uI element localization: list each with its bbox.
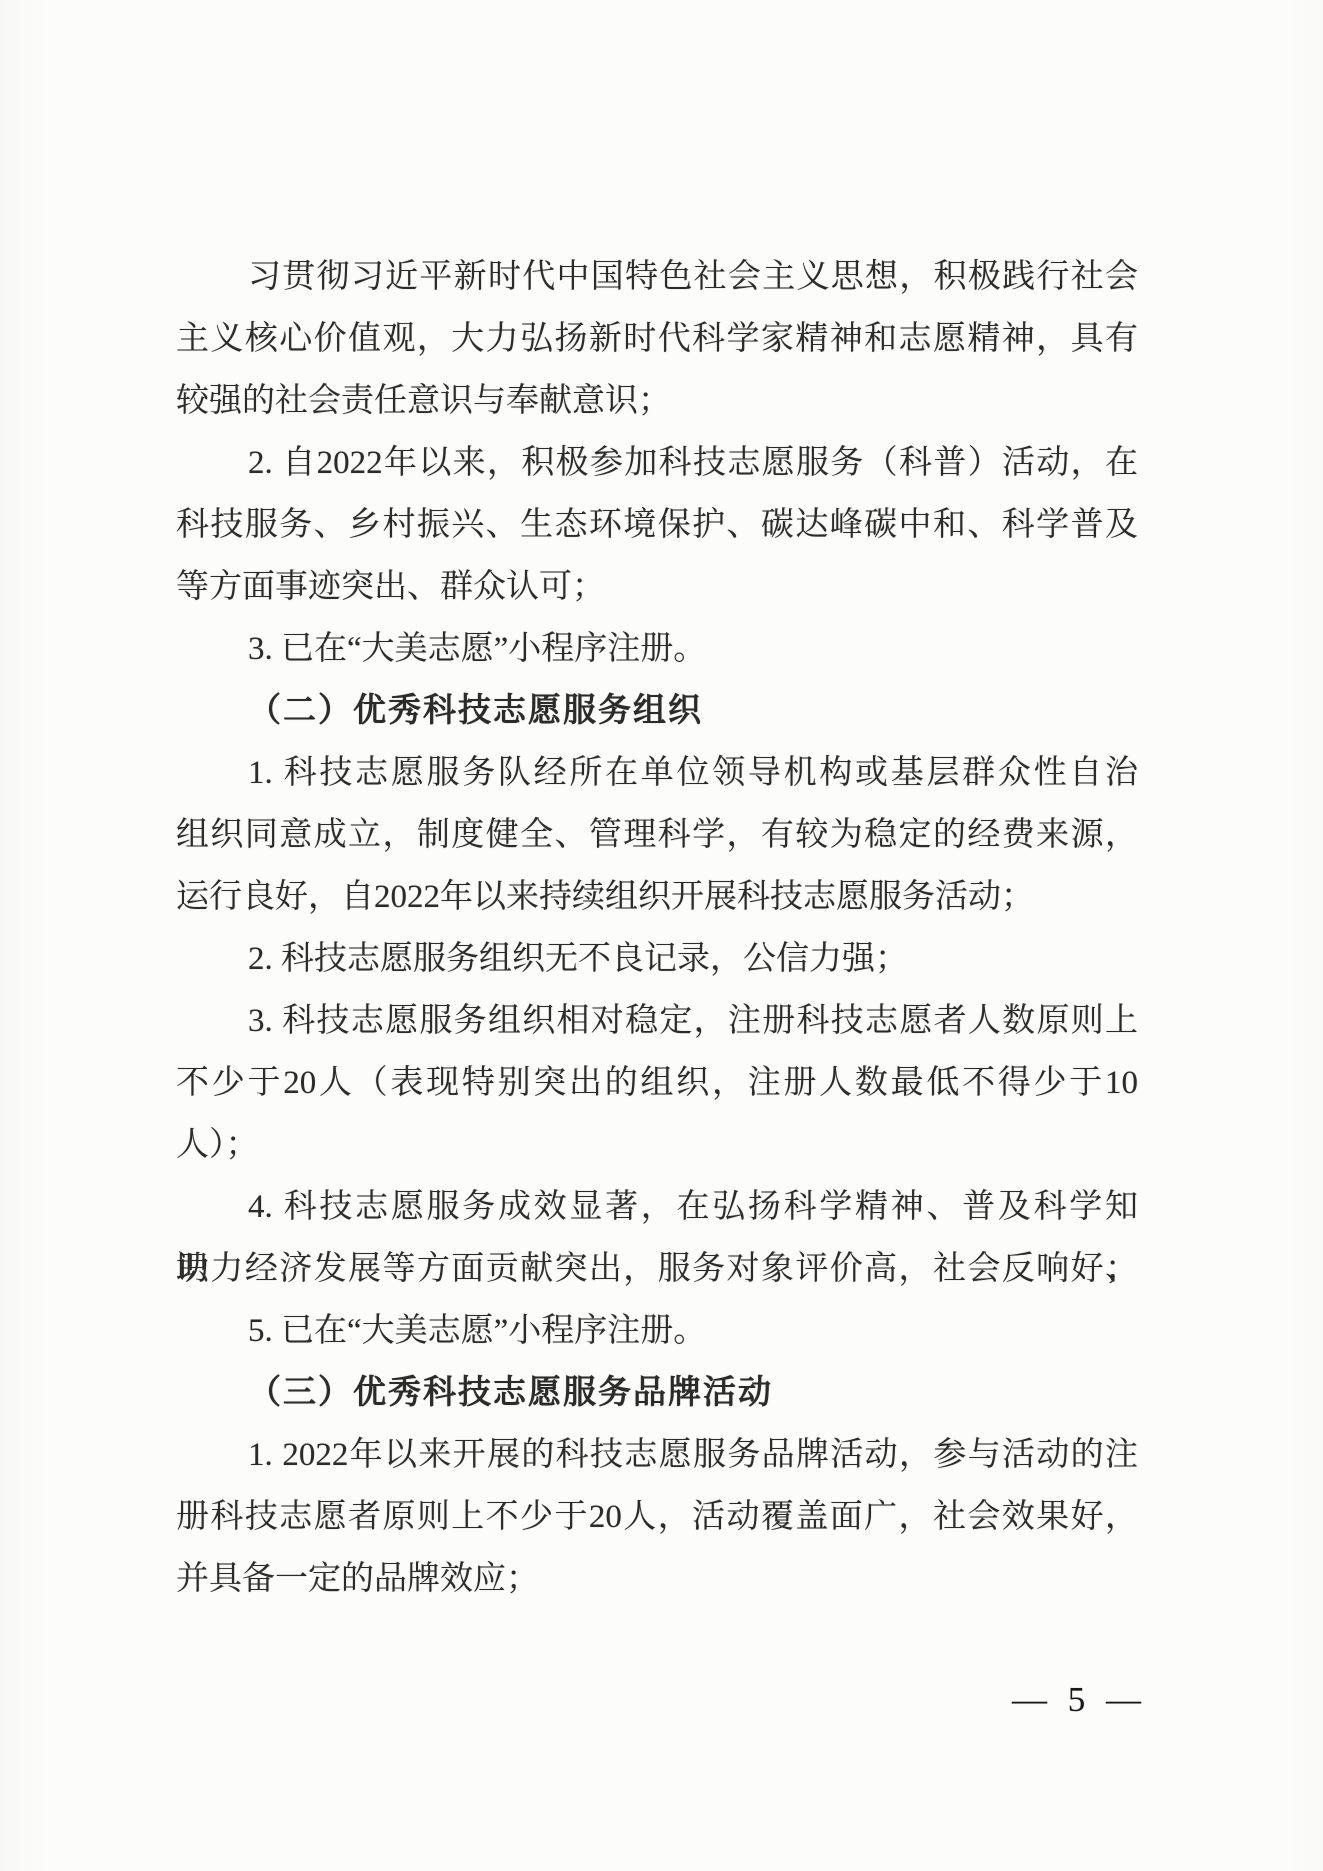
text-line: 人）； bbox=[176, 1114, 1138, 1176]
text-line: 3. 科技志愿服务组织相对稳定，注册科技志愿者人数原则上 bbox=[176, 990, 1138, 1052]
text-line: 运行良好，自2022年以来持续组织开展科技志愿服务活动； bbox=[176, 866, 1138, 928]
text-line: 4. 科技志愿服务成效显著，在弘扬科学精神、普及科学知识、 bbox=[176, 1176, 1138, 1238]
text-line: 5. 已在“大美志愿”小程序注册。 bbox=[176, 1300, 1138, 1362]
text-line: 较强的社会责任意识与奉献意识； bbox=[176, 370, 1138, 432]
text-line: 助力经济发展等方面贡献突出，服务对象评价高，社会反响好； bbox=[176, 1238, 1138, 1300]
text-line: 3. 已在“大美志愿”小程序注册。 bbox=[176, 618, 1138, 680]
text-line: 2. 科技志愿服务组织无不良记录，公信力强； bbox=[176, 928, 1138, 990]
text-line: 不少于20人（表现特别突出的组织，注册人数最低不得少于10 bbox=[176, 1052, 1138, 1114]
text-line: 1. 科技志愿服务队经所在单位领导机构或基层群众性自治 bbox=[176, 742, 1138, 804]
document-body: 习贯彻习近平新时代中国特色社会主义思想，积极践行社会主义核心价值观，大力弘扬新时… bbox=[176, 246, 1138, 1610]
text-line: 主义核心价值观，大力弘扬新时代科学家精神和志愿精神，具有 bbox=[176, 308, 1138, 370]
text-line: 等方面事迹突出、群众认可； bbox=[176, 556, 1138, 618]
text-line: 科技服务、乡村振兴、生态环境保护、碳达峰碳中和、科学普及 bbox=[176, 494, 1138, 556]
text-line: 并具备一定的品牌效应； bbox=[176, 1548, 1138, 1610]
text-line: 组织同意成立，制度健全、管理科学，有较为稳定的经费来源， bbox=[176, 804, 1138, 866]
page-number: — 5 — bbox=[1012, 1680, 1147, 1720]
section-heading: （二）优秀科技志愿服务组织 bbox=[176, 680, 1138, 742]
text-line: 习贯彻习近平新时代中国特色社会主义思想，积极践行社会 bbox=[176, 246, 1138, 308]
section-heading: （三）优秀科技志愿服务品牌活动 bbox=[176, 1362, 1138, 1424]
text-line: 册科技志愿者原则上不少于20人，活动覆盖面广，社会效果好， bbox=[176, 1486, 1138, 1548]
text-line: 2. 自2022年以来，积极参加科技志愿服务（科普）活动，在 bbox=[176, 432, 1138, 494]
document-page: 习贯彻习近平新时代中国特色社会主义思想，积极践行社会主义核心价值观，大力弘扬新时… bbox=[0, 0, 1323, 1871]
text-line: 1. 2022年以来开展的科技志愿服务品牌活动，参与活动的注 bbox=[176, 1424, 1138, 1486]
